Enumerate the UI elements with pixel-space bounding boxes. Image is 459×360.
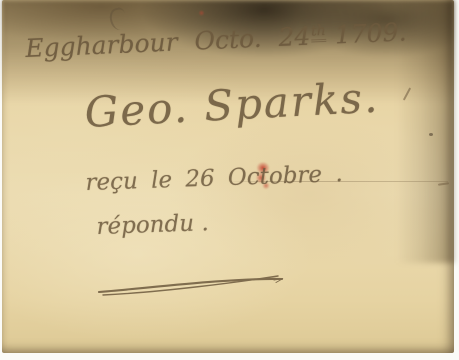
received-note: reçu le 26 Octobre . — [85, 161, 343, 196]
flourish-underline — [94, 271, 289, 299]
dateline-ordinal: th — [311, 23, 326, 43]
faint-red-dot — [198, 10, 205, 16]
dateline-year: 1709. — [334, 17, 407, 49]
dateline-month-day: Octo. 24 — [194, 22, 311, 56]
scanned-letter: Eggharbour Octo. 24th1709. Geo. Sparks. … — [0, 0, 459, 360]
ink-speck — [429, 133, 433, 136]
replied-note: répondu . — [96, 210, 209, 240]
paper-sheet: Eggharbour Octo. 24th1709. Geo. Sparks. … — [2, 0, 454, 353]
